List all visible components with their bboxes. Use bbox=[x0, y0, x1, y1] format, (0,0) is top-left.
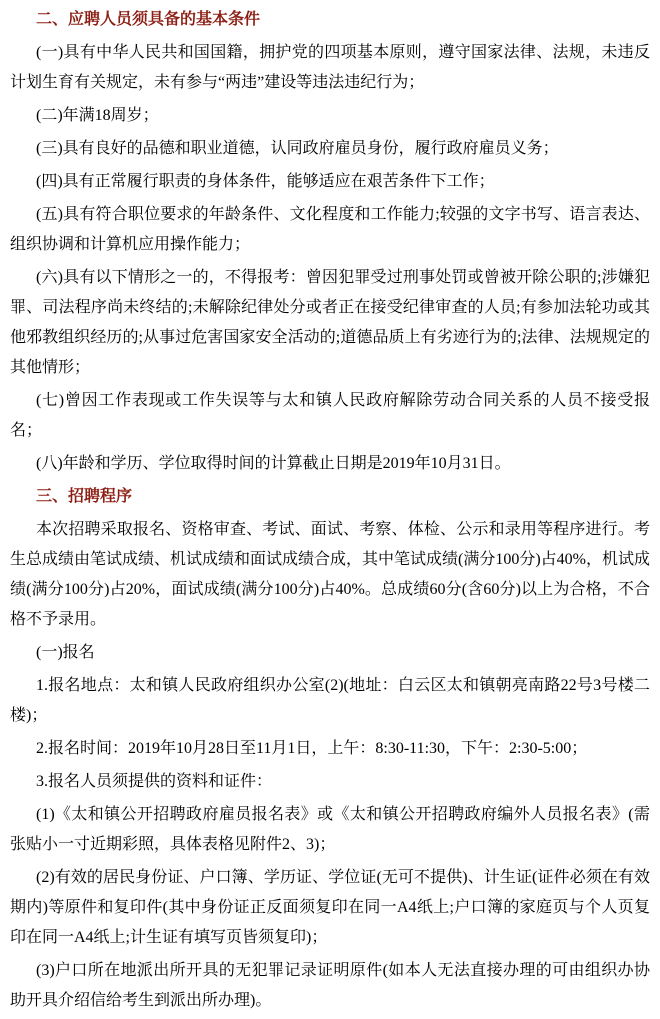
paragraph: (一)具有中华人民共和国国籍，拥护党的四项基本原则，遵守国家法律、法规，未违反计… bbox=[10, 38, 650, 98]
paragraph: 2.报名时间：2019年10月28日至11月1日，上午：8:30-11:30，下… bbox=[10, 734, 650, 764]
paragraph: (三)具有良好的品德和职业道德，认同政府雇员身份，履行政府雇员义务； bbox=[10, 134, 650, 164]
paragraph: 本次招聘采取报名、资格审查、考试、面试、考察、体检、公示和录用等程序进行。考生总… bbox=[10, 515, 650, 635]
paragraph: 3.报名人员须提供的资料和证件： bbox=[10, 767, 650, 797]
paragraph: (二)年满18周岁； bbox=[10, 101, 650, 131]
paragraph: (六)具有以下情形之一的，不得报考：曾因犯罪受过刑事处罚或曾被开除公职的;涉嫌犯… bbox=[10, 263, 650, 383]
recruitment-notice-document: 二、应聘人员须具备的基本条件(一)具有中华人民共和国国籍，拥护党的四项基本原则，… bbox=[0, 0, 660, 1016]
section-heading: 三、招聘程序 bbox=[10, 482, 650, 512]
document-body: 二、应聘人员须具备的基本条件(一)具有中华人民共和国国籍，拥护党的四项基本原则，… bbox=[10, 5, 650, 1016]
paragraph: (五)具有符合职位要求的年龄条件、文化程度和工作能力;较强的文字书写、语言表达、… bbox=[10, 200, 650, 260]
paragraph: (四)具有正常履行职责的身体条件，能够适应在艰苦条件下工作； bbox=[10, 167, 650, 197]
paragraph: (一)报名 bbox=[10, 638, 650, 668]
section-heading: 二、应聘人员须具备的基本条件 bbox=[10, 5, 650, 35]
paragraph: (七)曾因工作表现或工作失误等与太和镇人民政府解除劳动合同关系的人员不接受报名； bbox=[10, 386, 650, 446]
paragraph: 1.报名地点：太和镇人民政府组织办公室(2)(地址：白云区太和镇朝亮南路22号3… bbox=[10, 671, 650, 731]
paragraph: (3)户口所在地派出所开具的无犯罪记录证明原件(如本人无法直接办理的可由组织办协… bbox=[10, 956, 650, 1016]
paragraph: (1)《太和镇公开招聘政府雇员报名表》或《太和镇公开招聘政府编外人员报名表》(需… bbox=[10, 800, 650, 860]
paragraph: (2)有效的居民身份证、户口簿、学历证、学位证(无可不提供)、计生证(证件必须在… bbox=[10, 863, 650, 953]
paragraph: (八)年龄和学历、学位取得时间的计算截止日期是2019年10月31日。 bbox=[10, 449, 650, 479]
